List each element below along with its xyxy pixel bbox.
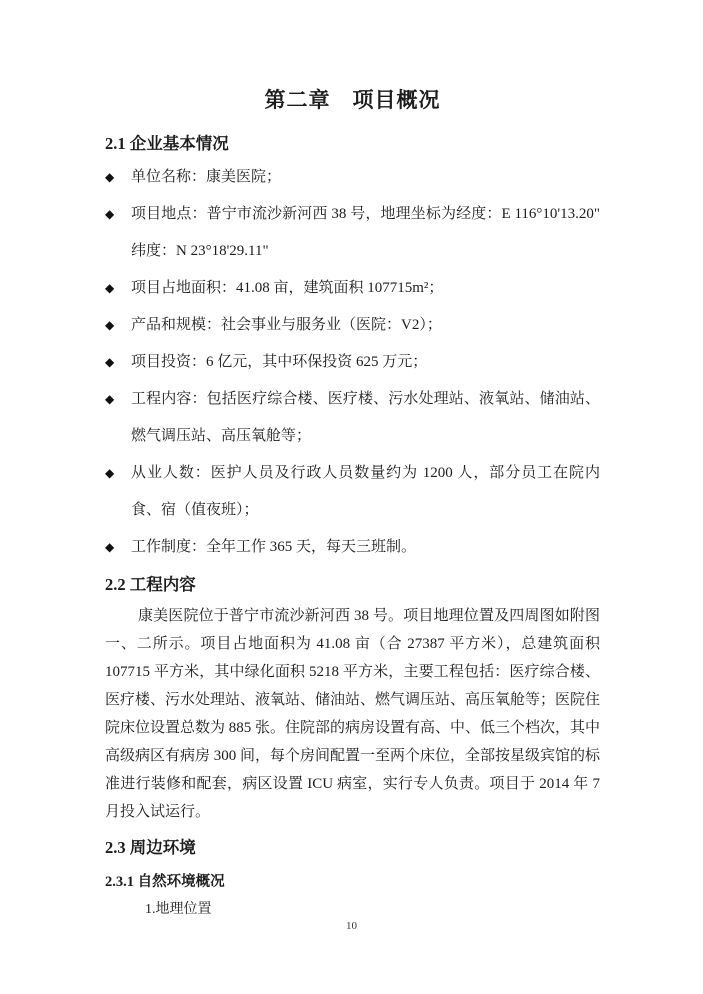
- bullet-text: 单位名称：康美医院；: [131, 159, 600, 196]
- bullet-text: 产品和规模：社会事业与服务业（医院：V2）；: [131, 307, 600, 344]
- section-heading-2-2: 2.2 工程内容: [105, 574, 600, 596]
- diamond-bullet-icon: ◆: [105, 196, 131, 270]
- chapter-title: 第二章 项目概况: [105, 86, 600, 114]
- diamond-bullet-icon: ◆: [105, 381, 131, 455]
- bullet-item: ◆ 产品和规模：社会事业与服务业（医院：V2）；: [105, 307, 600, 344]
- diamond-bullet-icon: ◆: [105, 455, 131, 529]
- section-heading-2-3: 2.3 周边环境: [105, 837, 600, 859]
- bullet-item: ◆ 工程内容：包括医疗综合楼、医疗楼、污水处理站、液氧站、储油站、燃气调压站、高…: [105, 381, 600, 455]
- diamond-bullet-icon: ◆: [105, 344, 131, 381]
- bullet-text: 工作制度：全年工作 365 天，每天三班制。: [131, 529, 600, 566]
- list-item-geographic-location: 1.地理位置: [145, 901, 600, 919]
- diamond-bullet-icon: ◆: [105, 270, 131, 307]
- bullet-text: 项目占地面积：41.08 亩，建筑面积 107715m²；: [131, 270, 600, 307]
- bullet-item: ◆ 工作制度：全年工作 365 天，每天三班制。: [105, 529, 600, 566]
- diamond-bullet-icon: ◆: [105, 307, 131, 344]
- section-heading-2-1: 2.1 企业基本情况: [105, 133, 600, 155]
- diamond-bullet-icon: ◆: [105, 529, 131, 566]
- bullet-text: 工程内容：包括医疗综合楼、医疗楼、污水处理站、液氧站、储油站、燃气调压站、高压氧…: [131, 381, 600, 455]
- document-page: 第二章 项目概况 2.1 企业基本情况 ◆ 单位名称：康美医院； ◆ 项目地点：…: [0, 0, 703, 994]
- bullet-item: ◆ 单位名称：康美医院；: [105, 159, 600, 196]
- section-2-2-paragraph: 康美医院位于普宁市流沙新河西 38 号。项目地理位置及四周图如附图一、二所示。项…: [105, 602, 600, 826]
- bullet-text: 项目地点：普宁市流沙新河西 38 号，地理坐标为经度：E 116°10'13.2…: [131, 196, 600, 270]
- bullet-text: 项目投资：6 亿元，其中环保投资 625 万元；: [131, 344, 600, 381]
- bullet-item: ◆ 项目投资：6 亿元，其中环保投资 625 万元；: [105, 344, 600, 381]
- bullet-item: ◆ 项目占地面积：41.08 亩，建筑面积 107715m²；: [105, 270, 600, 307]
- page-number: 10: [0, 920, 703, 932]
- diamond-bullet-icon: ◆: [105, 159, 131, 196]
- bullet-item: ◆ 从业人数：医护人员及行政人员数量约为 1200 人，部分员工在院内食、宿（值…: [105, 455, 600, 529]
- bullet-item: ◆ 项目地点：普宁市流沙新河西 38 号，地理坐标为经度：E 116°10'13…: [105, 196, 600, 270]
- bullet-text: 从业人数：医护人员及行政人员数量约为 1200 人，部分员工在院内食、宿（值夜班…: [131, 455, 600, 529]
- bullet-list: ◆ 单位名称：康美医院； ◆ 项目地点：普宁市流沙新河西 38 号，地理坐标为经…: [105, 159, 600, 566]
- subsection-heading-2-3-1: 2.3.1 自然环境概况: [105, 873, 600, 891]
